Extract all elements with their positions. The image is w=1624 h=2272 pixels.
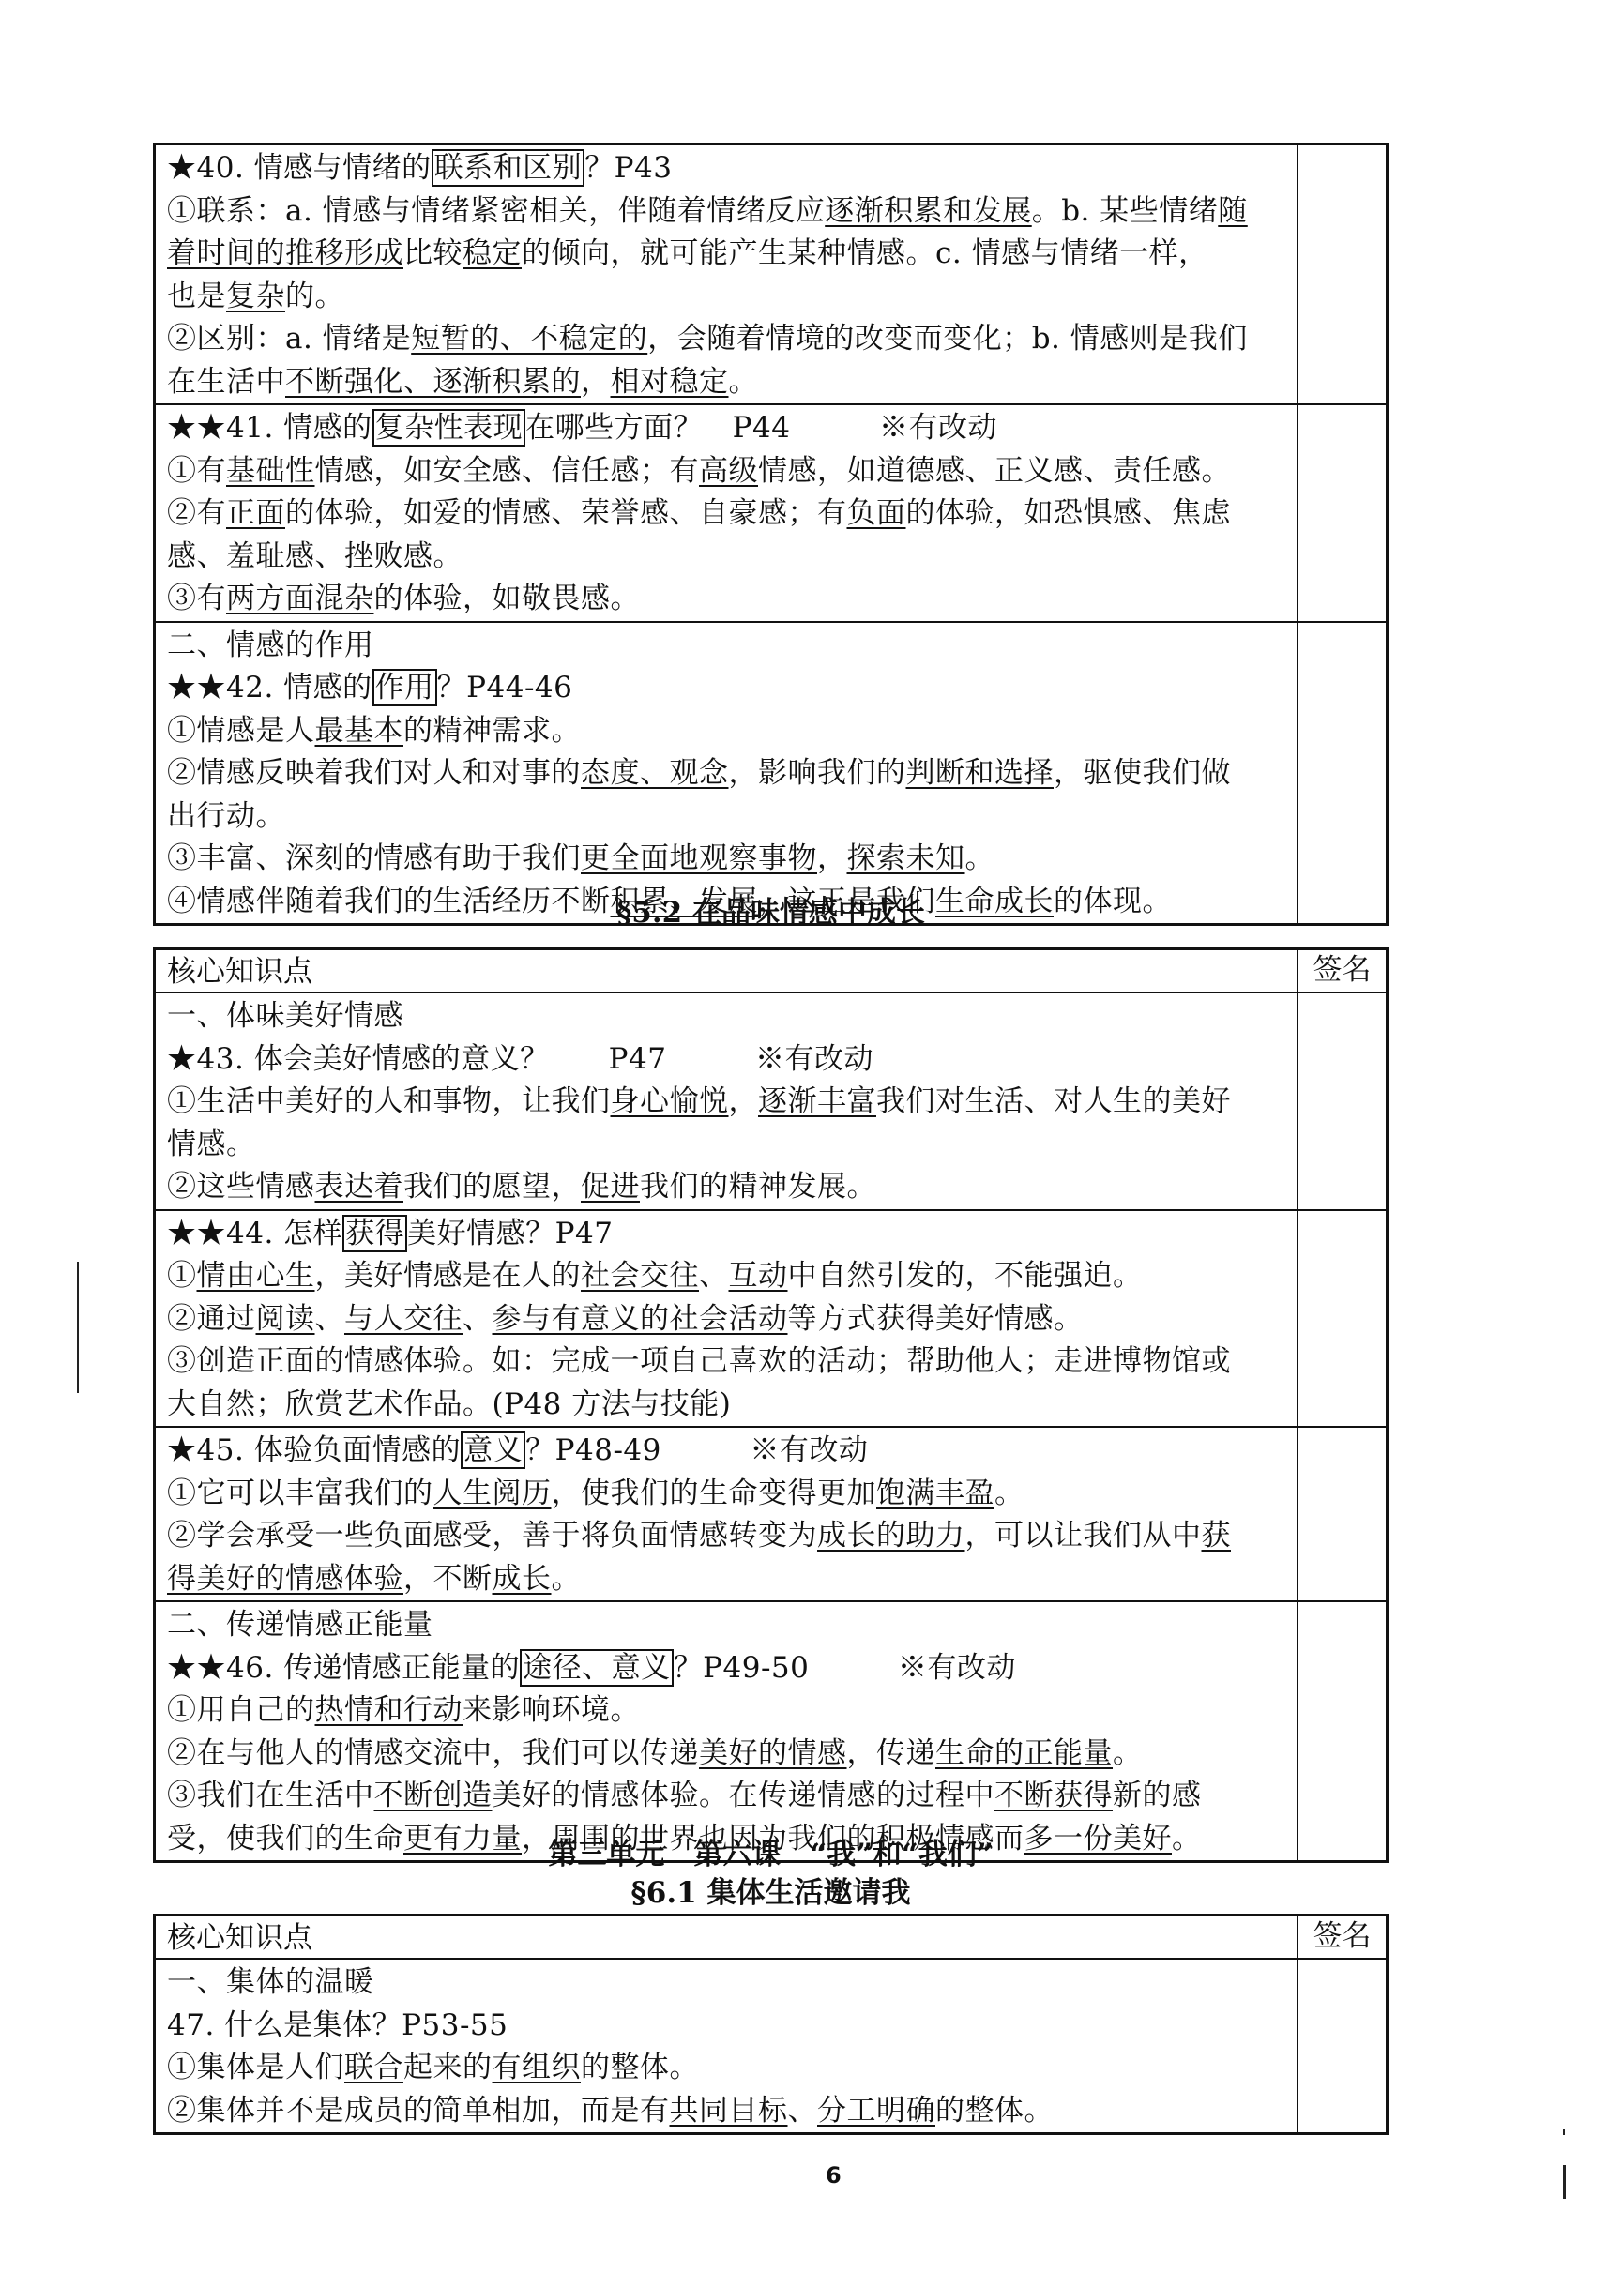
scan-artifact-line	[77, 1262, 79, 1393]
underlined-keyword: 参与有意义的社会活动	[493, 1302, 788, 1336]
text-line: ②区别：a. 情绪是短暂的、不稳定的，会随着情境的改变而变化；b. 情感则是我们	[167, 318, 1285, 361]
text-segment: ？P43	[584, 151, 672, 185]
table-row: ★★44. 怎样获得美好情感？P47①情由心生，美好情感是在人的社会交往、互动中…	[156, 1209, 1386, 1427]
text-line: ②集体并不是成员的简单相加，而是有共同目标、分工明确的整体。	[167, 2090, 1285, 2133]
text-line: 也是复杂的。	[167, 276, 1285, 319]
text-line: ①生活中美好的人和事物，让我们身心愉悦，逐渐丰富我们对生活、对人生的美好	[167, 1081, 1285, 1124]
text-line: 得美好的情感体验，不断成长。	[167, 1558, 1285, 1601]
text-line: ②情感反映着我们对人和对事的态度、观念，影响我们的判断和选择，驱使我们做	[167, 752, 1285, 795]
text-segment: 情感，如道德感、正义感、责任感。	[758, 454, 1231, 488]
underlined-keyword: 分工明确	[817, 2094, 935, 2128]
text-line: 47. 什么是集体？P53-55	[167, 2005, 1285, 2048]
text-segment: ②区别：a. 情绪是	[167, 322, 411, 356]
boxed-keyword: 获得	[342, 1215, 407, 1252]
text-line: ②在与他人的情感交流中，我们可以传递美好的情感，传递生命的正能量。	[167, 1733, 1285, 1776]
text-segment: 、	[699, 1259, 729, 1293]
signature-cell[interactable]	[1298, 145, 1386, 403]
page-number: 6	[826, 2162, 842, 2189]
text-segment: 等方式获得美好情感。	[788, 1302, 1084, 1336]
text-segment: ③丰富、深刻的情感有助于我们	[167, 841, 581, 875]
underlined-keyword: 不断强化、逐渐积累的	[285, 365, 581, 399]
text-segment: 比较	[403, 236, 463, 270]
text-segment: ①它可以丰富我们的	[167, 1477, 433, 1510]
text-line: 感、羞耻感、挫败感。	[167, 536, 1285, 579]
knowledge-cell: ★★44. 怎样获得美好情感？P47①情由心生，美好情感是在人的社会交往、互动中…	[156, 1211, 1298, 1427]
underlined-keyword: 社会交往	[581, 1259, 699, 1293]
scan-artifact-mark	[1563, 2165, 1566, 2199]
text-segment: ，	[729, 1084, 759, 1118]
text-line: ①它可以丰富我们的人生阅历，使我们的生命变得更加饱满丰盈。	[167, 1473, 1285, 1516]
scan-artifact-mark	[1563, 2129, 1565, 2135]
text-segment: 二、传递情感正能量	[167, 1608, 433, 1642]
text-segment: ③有	[167, 582, 226, 615]
text-segment: ★★42. 情感的	[167, 671, 372, 704]
text-segment: ★43. 体会美好情感的意义？ P47 ※有改动	[167, 1042, 873, 1076]
text-segment: 。	[552, 1562, 582, 1596]
text-segment: 的倾向，就可能产生某种情感。c. 情感与情绪一样，	[522, 236, 1208, 270]
text-line: 二、传递情感正能量	[167, 1604, 1285, 1647]
knowledge-cell: 一、集体的温暖47. 什么是集体？P53-55①集体是人们联合起来的有组织的整体…	[156, 1960, 1298, 2132]
text-line: ②学会承受一些负面感受，善于将负面情感转变为成长的助力，可以让我们从中获	[167, 1515, 1285, 1558]
text-segment: ，可以让我们从中	[965, 1519, 1202, 1553]
boxed-keyword: 复杂性表现	[372, 409, 526, 447]
text-line: ★45. 体验负面情感的意义？P48-49 ※有改动	[167, 1430, 1285, 1473]
text-segment: ，美好情感是在人的	[315, 1259, 582, 1293]
text-line: ③创造正面的情感体验。如：完成一项自己喜欢的活动；帮助他人；走进博物馆或	[167, 1340, 1285, 1384]
text-segment: ②这些情感	[167, 1170, 315, 1204]
text-line: 着时间的推移形成比较稳定的倾向，就可能产生某种情感。c. 情感与情绪一样，	[167, 233, 1285, 276]
text-segment: 的体验，如敬畏感。	[374, 582, 641, 615]
section-6-1-table: 核心知识点 签名 一、集体的温暖47. 什么是集体？P53-55①集体是人们联合…	[153, 1914, 1389, 2135]
text-line: ★★44. 怎样获得美好情感？P47	[167, 1213, 1285, 1256]
text-segment: ，传递	[847, 1736, 936, 1770]
text-segment: ③创造正面的情感体验。如：完成一项自己喜欢的活动；帮助他人；走进博物馆或	[167, 1344, 1231, 1378]
text-line: ③有两方面混杂的体验，如敬畏感。	[167, 578, 1285, 621]
text-segment: 来影响环境。	[463, 1693, 640, 1727]
text-line: ②有正面的体验，如爱的情感、荣誉感、自豪感；有负面的体验，如恐惧感、焦虑	[167, 492, 1285, 536]
text-segment: ★★46. 传递情感正能量的	[167, 1651, 520, 1685]
text-line: 在生活中不断强化、逐渐积累的，相对稳定。	[167, 361, 1285, 404]
underlined-keyword: 基础性	[226, 454, 315, 488]
text-segment: 美好的情感体验。在传递情感的过程中	[493, 1779, 995, 1812]
text-segment: ，驱使我们做	[1054, 756, 1231, 790]
text-segment: 。b. 某些情绪	[1032, 194, 1219, 228]
text-segment: 的整体。	[581, 2051, 699, 2084]
boxed-keyword: 途径、意义	[520, 1649, 674, 1687]
signature-cell[interactable]	[1298, 623, 1386, 924]
header-core-knowledge: 核心知识点	[156, 950, 1298, 992]
signature-cell[interactable]	[1298, 405, 1386, 621]
text-segment: ，	[817, 841, 847, 875]
text-segment: ，	[581, 365, 611, 399]
underlined-keyword: 判断和选择	[906, 756, 1055, 790]
text-segment: ②在与他人的情感交流中，我们可以传递	[167, 1736, 699, 1770]
text-segment: ①	[167, 1259, 197, 1293]
text-segment: ②集体并不是成员的简单相加，而是有	[167, 2094, 670, 2128]
table-row: ★★41. 情感的复杂性表现在哪些方面？ P44 ※有改动①有基础性情感，如安全…	[156, 403, 1386, 621]
underlined-keyword: 促进	[581, 1170, 640, 1204]
section-5-1-table: ★40. 情感与情绪的联系和区别？P43①联系：a. 情感与情绪紧密相关，伴随着…	[153, 143, 1389, 926]
text-line: ①联系：a. 情感与情绪紧密相关，伴随着情绪反应逐渐积累和发展。b. 某些情绪随	[167, 190, 1285, 234]
underlined-keyword: 随	[1218, 194, 1248, 228]
text-segment: 。	[965, 841, 995, 875]
text-segment: ①联系：a. 情感与情绪紧密相关，伴随着情绪反应	[167, 194, 825, 228]
text-segment: 二、情感的作用	[167, 629, 374, 662]
knowledge-cell: ★45. 体验负面情感的意义？P48-49 ※有改动①它可以丰富我们的人生阅历，…	[156, 1428, 1298, 1600]
text-segment: 美好情感？P47	[407, 1217, 613, 1250]
underlined-keyword: 探索未知	[847, 841, 965, 875]
text-segment: ？P44-46	[437, 671, 573, 704]
text-segment: 我们的精神发展。	[640, 1170, 876, 1204]
underlined-keyword: 成长的助力	[817, 1519, 965, 1553]
underlined-keyword: 着时间的推移形成	[167, 236, 403, 270]
underlined-keyword: 生命的正能量	[935, 1736, 1113, 1770]
text-segment: 的体验，如爱的情感、荣誉感、自豪感；有	[285, 496, 847, 530]
text-segment: 起来的	[403, 2051, 493, 2084]
table-row: ★45. 体验负面情感的意义？P48-49 ※有改动①它可以丰富我们的人生阅历，…	[156, 1426, 1386, 1600]
text-segment: ②通过	[167, 1302, 256, 1336]
text-segment: ①有	[167, 454, 226, 488]
boxed-keyword: 意义	[461, 1431, 525, 1469]
text-segment: 、	[788, 2094, 818, 2128]
text-segment: ①情感是人	[167, 714, 315, 748]
underlined-keyword: 态度、观念	[581, 756, 729, 790]
underlined-keyword: 相对稳定	[611, 365, 729, 399]
text-line: ①用自己的热情和行动来影响环境。	[167, 1689, 1285, 1733]
text-segment: 的精神需求。	[403, 714, 581, 748]
underlined-keyword: 不断创造	[374, 1779, 493, 1812]
text-line: 情感。	[167, 1124, 1285, 1167]
text-line: ②通过阅读、与人交往、参与有意义的社会活动等方式获得美好情感。	[167, 1298, 1285, 1341]
underlined-keyword: 共同目标	[670, 2094, 788, 2128]
text-segment: 、	[315, 1302, 345, 1336]
text-segment: ①生活中美好的人和事物，让我们	[167, 1084, 611, 1118]
underlined-keyword: 不断获得	[994, 1779, 1113, 1812]
table-row: ★40. 情感与情绪的联系和区别？P43①联系：a. 情感与情绪紧密相关，伴随着…	[156, 145, 1386, 403]
underlined-keyword: 与人交往	[344, 1302, 463, 1336]
underlined-keyword: 正面	[226, 496, 285, 530]
text-line: ★40. 情感与情绪的联系和区别？P43	[167, 147, 1285, 190]
text-segment: 47. 什么是集体？P53-55	[167, 2008, 508, 2042]
underlined-keyword: 两方面混杂	[226, 582, 374, 615]
underlined-keyword: 短暂的、不稳定的	[411, 322, 647, 356]
text-segment: 的体验，如恐惧感、焦虑	[906, 496, 1232, 530]
text-segment: 情感。	[167, 1128, 256, 1161]
text-segment: 一、体味美好情感	[167, 999, 403, 1033]
underlined-keyword: 表达着	[315, 1170, 404, 1204]
knowledge-cell: 二、传递情感正能量★★46. 传递情感正能量的途径、意义？P49-50 ※有改动…	[156, 1602, 1298, 1860]
underlined-keyword: 人生阅历	[433, 1477, 552, 1510]
underlined-keyword: 有组织	[493, 2051, 582, 2084]
underlined-keyword: 美好的情感	[699, 1736, 847, 1770]
text-line: ③我们在生活中不断创造美好的情感体验。在传递情感的过程中不断获得新的感	[167, 1775, 1285, 1818]
signature-cell[interactable]	[1298, 1428, 1386, 1600]
text-segment: ★45. 体验负面情感的	[167, 1433, 461, 1467]
header-core-knowledge: 核心知识点	[156, 1916, 1298, 1958]
text-segment: 在哪些方面？ P44 ※有改动	[525, 411, 997, 445]
text-line: ★★42. 情感的作用？P44-46	[167, 667, 1285, 710]
text-segment: 我们对生活、对人生的美好	[876, 1084, 1231, 1118]
signature-cell[interactable]	[1298, 1602, 1386, 1860]
text-segment: ★40. 情感与情绪的	[167, 151, 432, 185]
boxed-keyword: 联系和区别	[432, 149, 585, 187]
text-line: ★★41. 情感的复杂性表现在哪些方面？ P44 ※有改动	[167, 407, 1285, 450]
text-segment: ②情感反映着我们对人和对事的	[167, 756, 581, 790]
underlined-keyword: 高级	[699, 454, 758, 488]
knowledge-cell: ★★41. 情感的复杂性表现在哪些方面？ P44 ※有改动①有基础性情感，如安全…	[156, 405, 1298, 621]
underlined-keyword: 互动	[729, 1259, 788, 1293]
text-segment: 我们的愿望，	[403, 1170, 581, 1204]
text-segment: ★★44. 怎样	[167, 1217, 342, 1250]
underlined-keyword: 联合	[344, 2051, 403, 2084]
text-line: 出行动。	[167, 795, 1285, 839]
text-segment: ③我们在生活中	[167, 1779, 374, 1812]
text-line: 一、体味美好情感	[167, 995, 1285, 1038]
text-segment: 在生活中	[167, 365, 285, 399]
section-5-2-title: §5.2 在品味情感中成长	[153, 894, 1389, 932]
text-segment: 感、羞耻感、挫败感。	[167, 539, 463, 573]
underlined-keyword: 逐渐积累和发展	[825, 194, 1032, 228]
header-signature: 签名	[1298, 1916, 1386, 1958]
section-5-2-table: 核心知识点 签名 一、体味美好情感★43. 体会美好情感的意义？ P47 ※有改…	[153, 947, 1389, 1863]
text-segment: 新的感	[1113, 1779, 1202, 1812]
text-line: 一、集体的温暖	[167, 1961, 1285, 2005]
signature-cell[interactable]	[1298, 993, 1386, 1209]
text-segment: 一、集体的温暖	[167, 1965, 374, 1999]
text-segment: ，使我们的生命变得更加	[552, 1477, 877, 1510]
header-signature: 签名	[1298, 950, 1386, 992]
text-line: ①情感是人最基本的精神需求。	[167, 710, 1285, 753]
underlined-keyword: 成长	[493, 1562, 552, 1596]
text-line: ★43. 体会美好情感的意义？ P47 ※有改动	[167, 1038, 1285, 1082]
text-segment: 中自然引发的，不能强迫。	[788, 1259, 1143, 1293]
text-segment: 也是	[167, 280, 226, 313]
underlined-keyword: 情由心生	[197, 1259, 315, 1293]
table-row: 二、传递情感正能量★★46. 传递情感正能量的途径、意义？P49-50 ※有改动…	[156, 1600, 1386, 1860]
text-segment: ①用自己的	[167, 1693, 315, 1727]
underlined-keyword: 得美好的情感体验	[167, 1562, 403, 1596]
text-segment: ，会随着情境的改变而变化；b. 情感则是我们	[647, 322, 1248, 356]
text-segment: 出行动。	[167, 799, 285, 833]
text-segment: ，不断	[403, 1562, 493, 1596]
text-segment: 情感，如安全感、信任感；有	[315, 454, 700, 488]
text-segment: ②学会承受一些负面感受，善于将负面情感转变为	[167, 1519, 817, 1553]
boxed-keyword: 作用	[372, 669, 437, 706]
table-row: 二、情感的作用★★42. 情感的作用？P44-46①情感是人最基本的精神需求。②…	[156, 621, 1386, 924]
text-segment: 。	[729, 365, 759, 399]
text-segment: ？P49-50 ※有改动	[674, 1651, 1016, 1685]
text-segment: ①集体是人们	[167, 2051, 344, 2084]
underlined-keyword: 热情和行动	[315, 1693, 463, 1727]
text-line: 大自然；欣赏艺术作品。(P48 方法与技能)	[167, 1384, 1285, 1427]
table-header: 核心知识点 签名	[156, 950, 1386, 992]
text-segment: 大自然；欣赏艺术作品。(P48 方法与技能)	[167, 1387, 731, 1421]
underlined-keyword: 身心愉悦	[611, 1084, 729, 1118]
table-row: 一、集体的温暖47. 什么是集体？P53-55①集体是人们联合起来的有组织的整体…	[156, 1958, 1386, 2132]
text-segment: 的整体。	[935, 2094, 1054, 2128]
underlined-keyword: 负面	[847, 496, 906, 530]
text-line: ②这些情感表达着我们的愿望，促进我们的精神发展。	[167, 1166, 1285, 1209]
text-segment: 。	[1113, 1736, 1143, 1770]
underlined-keyword: 阅读	[256, 1302, 315, 1336]
text-segment: 的。	[285, 280, 344, 313]
text-line: 二、情感的作用	[167, 625, 1285, 668]
table-row: 一、体味美好情感★43. 体会美好情感的意义？ P47 ※有改动①生活中美好的人…	[156, 992, 1386, 1209]
text-line: ①情由心生，美好情感是在人的社会交往、互动中自然引发的，不能强迫。	[167, 1255, 1285, 1298]
text-line: ①集体是人们联合起来的有组织的整体。	[167, 2047, 1285, 2090]
signature-cell[interactable]	[1298, 1211, 1386, 1427]
text-segment: 。	[994, 1477, 1024, 1510]
underlined-keyword: 饱满丰盈	[876, 1477, 994, 1510]
text-segment: ？P48-49 ※有改动	[525, 1433, 868, 1467]
text-segment: ★★41. 情感的	[167, 411, 372, 445]
text-line: ★★46. 传递情感正能量的途径、意义？P49-50 ※有改动	[167, 1647, 1285, 1690]
knowledge-cell: 一、体味美好情感★43. 体会美好情感的意义？ P47 ※有改动①生活中美好的人…	[156, 993, 1298, 1209]
text-segment: ，影响我们的	[729, 756, 906, 790]
unit-heading: 第三单元 第六课 “我”和“我们”	[153, 1836, 1389, 1873]
text-segment: ②有	[167, 496, 226, 530]
underlined-keyword: 获	[1202, 1519, 1232, 1553]
underlined-keyword: 逐渐丰富	[758, 1084, 876, 1118]
knowledge-cell: 二、情感的作用★★42. 情感的作用？P44-46①情感是人最基本的精神需求。②…	[156, 623, 1298, 924]
signature-cell[interactable]	[1298, 1960, 1386, 2132]
text-line: ①有基础性情感，如安全感、信任感；有高级情感，如道德感、正义感、责任感。	[167, 450, 1285, 493]
text-line: ③丰富、深刻的情感有助于我们更全面地观察事物，探索未知。	[167, 838, 1285, 881]
knowledge-cell: ★40. 情感与情绪的联系和区别？P43①联系：a. 情感与情绪紧密相关，伴随着…	[156, 145, 1298, 403]
text-segment: 、	[463, 1302, 493, 1336]
underlined-keyword: 复杂	[226, 280, 285, 313]
underlined-keyword: 最基本	[315, 714, 404, 748]
section-6-1-title: §6.1 集体生活邀请我	[153, 1874, 1389, 1912]
underlined-keyword: 稳定	[463, 236, 522, 270]
table-header: 核心知识点 签名	[156, 1916, 1386, 1958]
underlined-keyword: 更全面地观察事物	[581, 841, 817, 875]
